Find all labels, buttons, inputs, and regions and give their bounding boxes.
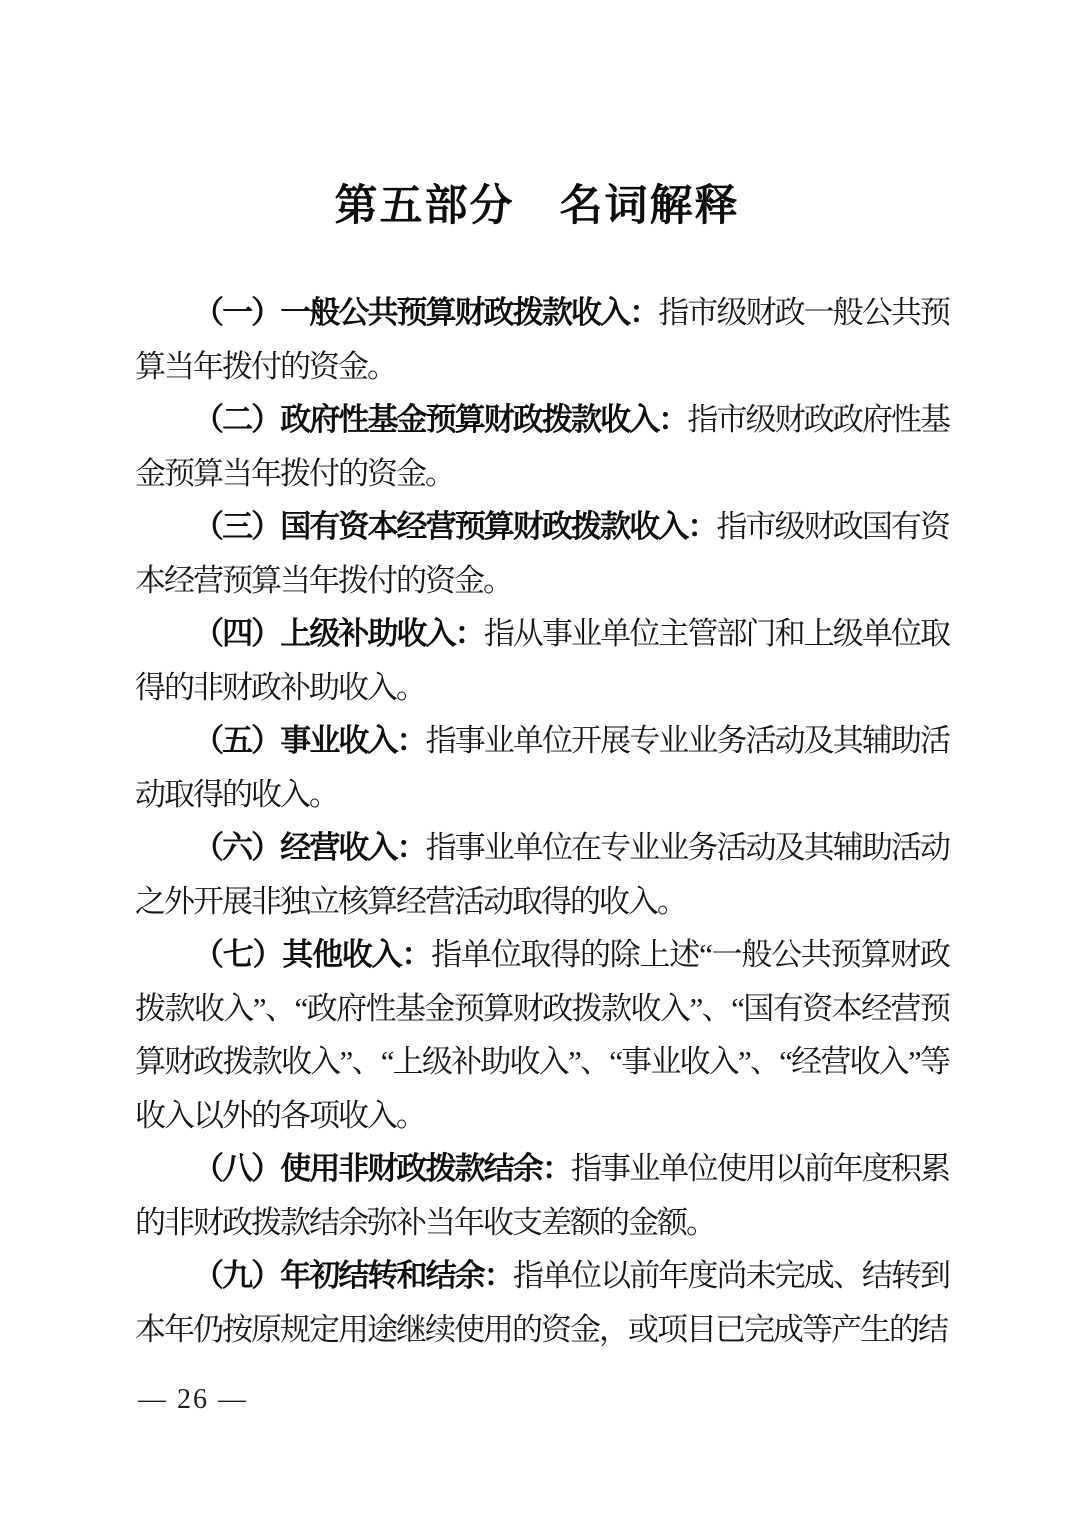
definition-paragraph: （八）使用非财政拨款结余：指事业单位使用以前年度积累的非财政拨款结余弥补当年收支… (135, 1142, 949, 1249)
document-page: 第五部分 名词解释 （一）一般公共预算财政拨款收入：指市级财政一般公共预算当年拨… (0, 0, 1074, 1520)
term-label: （六）经营收入： (193, 830, 426, 865)
definition-paragraph: （九）年初结转和结余：指单位以前年度尚未完成、结转到本年仍按原规定用途继续使用的… (135, 1249, 949, 1356)
definition-paragraph: （五）事业收入：指事业单位开展专业业务活动及其辅助活动取得的收入。 (135, 714, 949, 821)
term-label: （一）一般公共预算财政拨款收入： (193, 295, 658, 330)
term-label: （三）国有资本经营预算财政拨款收入： (193, 509, 716, 544)
definition-paragraph: （七）其他收入：指单位取得的除上述“一般公共预算财政拨款收入”、“政府性基金预算… (135, 928, 949, 1142)
definition-paragraph: （三）国有资本经营预算财政拨款收入：指市级财政国有资本经营预算当年拨付的资金。 (135, 500, 949, 607)
term-label: （五）事业收入： (193, 723, 426, 758)
page-title: 第五部分 名词解释 (0, 183, 1074, 231)
document-body: （一）一般公共预算财政拨款收入：指市级财政一般公共预算当年拨付的资金。 （二）政… (135, 286, 949, 1356)
definition-paragraph: （六）经营收入：指事业单位在专业业务活动及其辅助活动之外开展非独立核算经营活动取… (135, 821, 949, 928)
term-label: （七）其他收入： (193, 937, 431, 972)
term-label: （四）上级补助收入： (193, 616, 484, 651)
term-label: （九）年初结转和结余： (193, 1258, 513, 1293)
definition-paragraph: （一）一般公共预算财政拨款收入：指市级财政一般公共预算当年拨付的资金。 (135, 286, 949, 393)
term-label: （二）政府性基金预算财政拨款收入： (193, 402, 687, 437)
definition-paragraph: （二）政府性基金预算财政拨款收入：指市级财政政府性基金预算当年拨付的资金。 (135, 393, 949, 500)
page-number: — 26 — (138, 1384, 248, 1416)
term-label: （八）使用非财政拨款结余： (193, 1151, 571, 1186)
definition-paragraph: （四）上级补助收入：指从事业单位主管部门和上级单位取得的非财政补助收入。 (135, 607, 949, 714)
